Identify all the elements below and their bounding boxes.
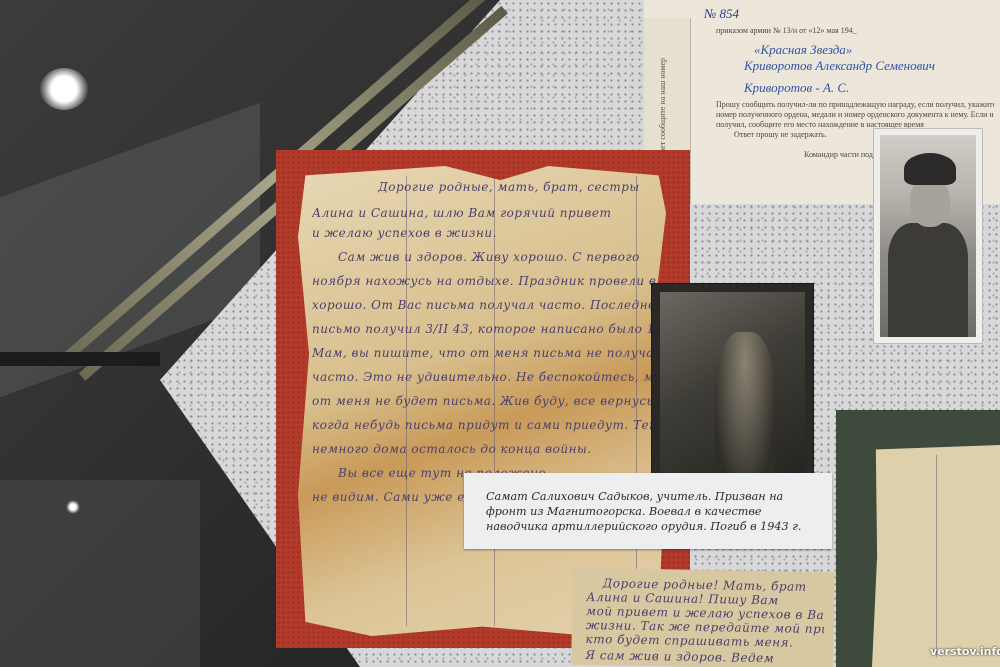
glass-reflection [0,480,200,667]
letter-line: часто. Это не удивительно. Не беспокойте… [312,370,656,384]
handwritten-letter: Дорогие родные, мать, брат, сестры Алина… [298,166,666,636]
ceiling-light-reflection [40,68,88,110]
letter-line: хорошо. От Вас письма получал часто. Пос… [312,298,656,312]
letter-line: от меня не будет письма. Жив буду, все в… [312,394,656,408]
letter-line: Сам жив и здоров. Живу хорошо. С первого [338,250,656,264]
portrait-photo-soldier [873,128,983,344]
letter-line: немного дома осталось до конца войны. [312,442,656,456]
body-line: Прошу сообщить получил-ли по принадлежащ… [716,100,994,109]
display-frame-edge [0,352,160,366]
site-watermark: verstov.info [930,645,1000,658]
caption-text: Самат Салихович Садыков, учитель. Призва… [486,489,818,534]
document-number: № 854 [704,6,739,22]
award-name: «Красная Звезда» [754,42,994,58]
recipient-short: Криворотов - А. С. [744,80,994,96]
letter-line: Я сам жив и здоров. Ведем [585,648,823,666]
order-line: приказом армии № 13/н от «12» мая 194_ [716,26,994,35]
letter-line: Алина и Сашина, шлю Вам горячий привет [312,206,656,220]
letter-line: письмо получил 3/II 43, которое написано… [312,322,656,336]
letter-line: и желаю успехов в жизни. [312,226,656,240]
lower-handwritten-letter: Дорогие родные! Мать, брат Алина и Сашин… [571,568,835,667]
letter-line: Дорогие родные, мать, брат, сестры [378,180,656,194]
letter-line: когда небудь письма придут и сами приеду… [312,418,656,432]
recipient-full: Криворотов Александр Семенович [744,58,994,74]
ceiling-light-reflection [66,500,80,514]
letter-line: кто будет спрашивать меня. [586,632,824,650]
letter-line: ноября нахожусь на отдыхе. Праздник пров… [312,274,656,288]
stub-text: ответ сообщите на наш номер [658,58,667,160]
right-handwritten-letter [872,445,1000,667]
body-line: номер полученного ордена, медали и номер… [716,110,994,119]
photo-soldier-standing [651,283,814,493]
exhibit-caption-label: Самат Салихович Садыков, учитель. Призва… [464,473,832,549]
letter-line: Мам, вы пишите, что от меня письма не по… [312,346,656,360]
